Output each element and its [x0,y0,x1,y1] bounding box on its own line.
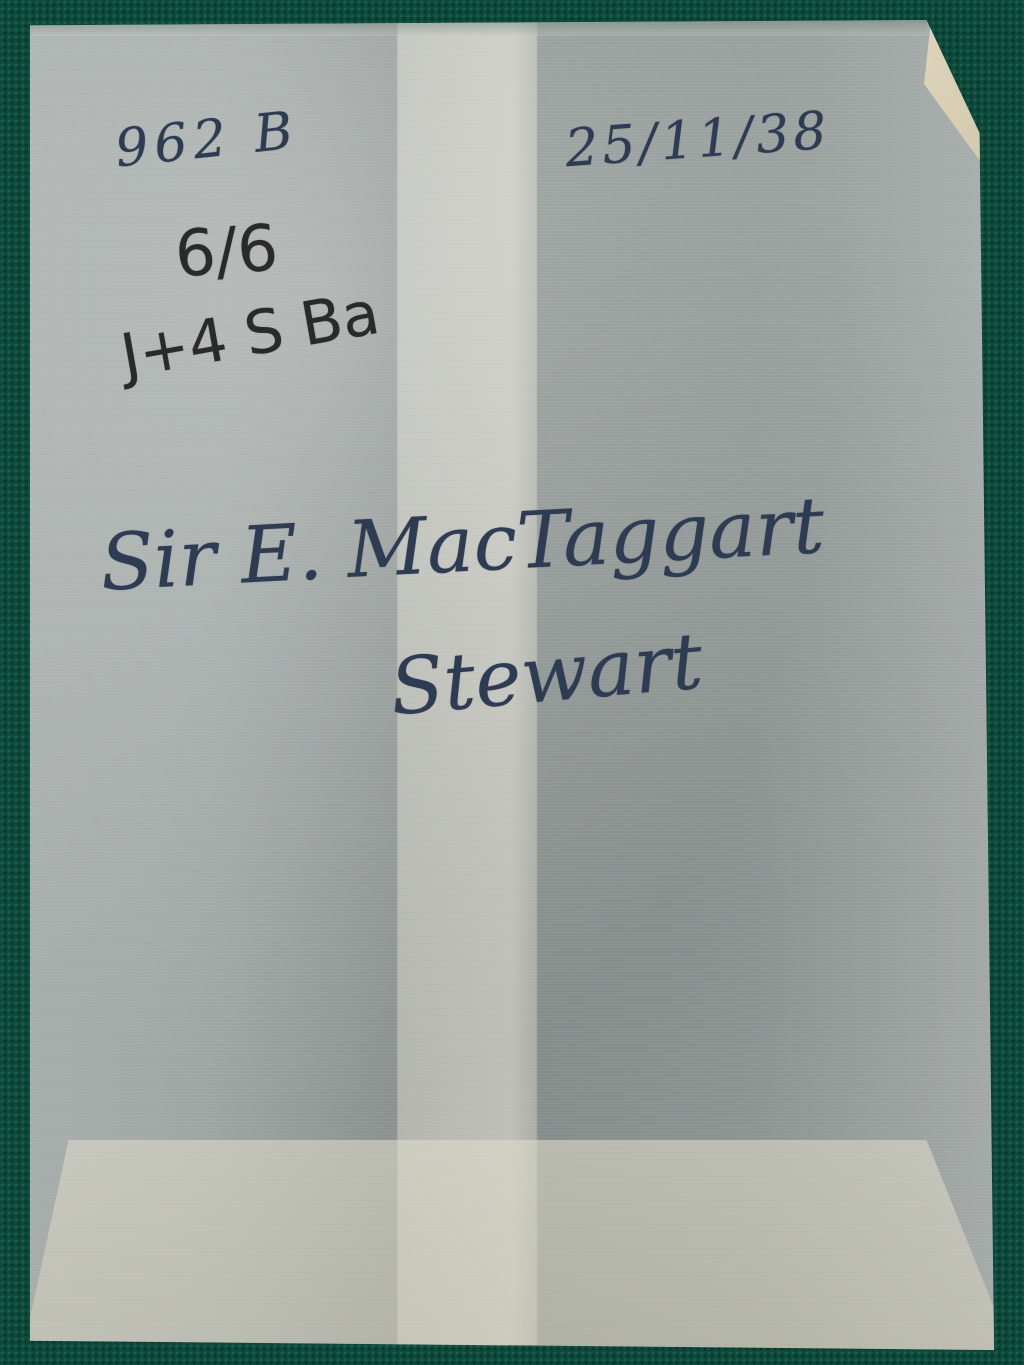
folded-corner [924,20,994,180]
pencil-price: 6/6 [173,211,281,292]
envelope-bottom-flap [30,1140,994,1350]
envelope-top-seam [30,20,927,36]
glassine-envelope: 962 B 25/11/38 6/6 J+4 S Ba Sir E. MacTa… [30,20,994,1350]
reference-number: 962 B [112,101,301,180]
name-line-2: Stewart [387,617,706,734]
name-line-1: Sir E. MacTaggart [98,481,826,609]
pencil-code: J+4 S Ba [116,278,385,392]
handwritten-date: 25/11/38 [563,101,832,179]
